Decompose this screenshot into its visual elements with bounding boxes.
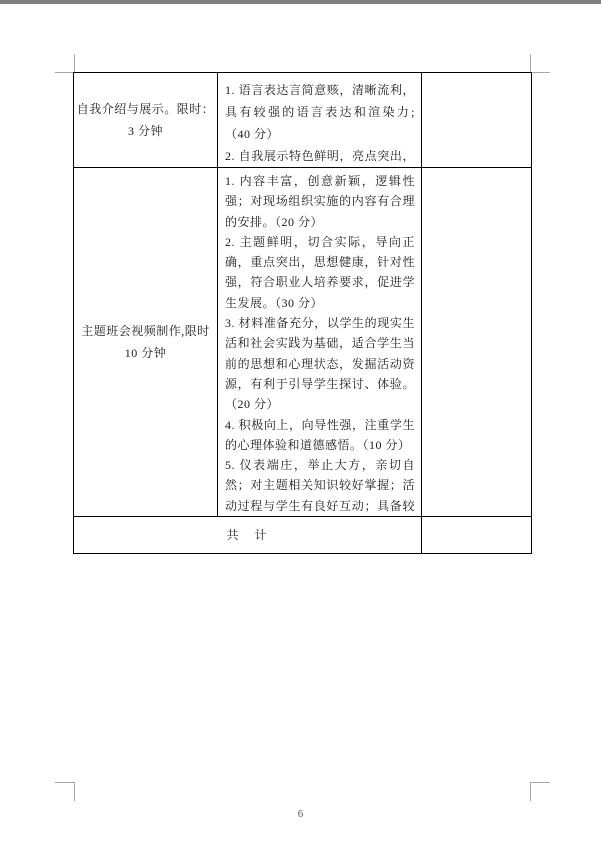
item-title-line: 自我介绍与展示。限时： <box>74 98 217 120</box>
text-boundary-mark-bottom-left-vertical <box>74 782 75 801</box>
text-boundary-mark-top-left-horizontal <box>55 72 75 73</box>
text-boundary-mark-bottom-right-vertical <box>530 782 531 801</box>
item-title-line: 主题班会视频制作,限时 <box>74 320 217 342</box>
total-score-cell-empty <box>422 517 532 554</box>
page-number: 6 <box>0 808 601 820</box>
text-boundary-mark-top-right-vertical <box>530 54 531 73</box>
score-cell-empty <box>422 73 532 168</box>
criteria-cell-class-meeting-video: 1. 内容丰富，创意新颖，逻辑性强；对现场组织实施的内容有合理的安排。（20 分… <box>218 168 422 517</box>
item-time-limit-line: 3 分钟 <box>74 120 217 142</box>
item-time-limit-line: 10 分钟 <box>74 342 217 364</box>
text-boundary-mark-bottom-right-horizontal <box>530 782 550 783</box>
table-row: 主题班会视频制作,限时 10 分钟 1. 内容丰富，创意新颖，逻辑性强；对现场组… <box>74 168 532 517</box>
page-top-edge <box>0 0 601 4</box>
text-boundary-mark-bottom-left-horizontal <box>55 782 75 783</box>
document-page: 自我介绍与展示。限时： 3 分钟 1. 语言表达言简意赅，清晰流利，具有较强的语… <box>0 0 601 851</box>
criteria-item: 1. 语言表达言简意赅，清晰流利，具有较强的语言表达和渲染力;（40 分） <box>225 79 415 145</box>
scoring-rubric-table: 自我介绍与展示。限时： 3 分钟 1. 语言表达言简意赅，清晰流利，具有较强的语… <box>73 72 532 554</box>
text-boundary-mark-top-left-vertical <box>74 54 75 73</box>
score-cell-empty <box>422 168 532 517</box>
table-row: 自我介绍与展示。限时： 3 分钟 1. 语言表达言简意赅，清晰流利，具有较强的语… <box>74 73 532 168</box>
criteria-cell-self-introduction: 1. 语言表达言简意赅，清晰流利，具有较强的语言表达和渲染力;（40 分） 2.… <box>218 73 422 168</box>
criteria-item: 1. 内容丰富，创意新颖，逻辑性强；对现场组织实施的内容有合理的安排。（20 分… <box>225 171 415 232</box>
criteria-list: 1. 内容丰富，创意新颖，逻辑性强；对现场组织实施的内容有合理的安排。（20 分… <box>218 168 421 516</box>
table-row-total: 共 计 <box>74 517 532 554</box>
criteria-item: 2. 自我展示特色鲜明，亮点突出，具有较好的精神风貌。（60 分） <box>225 145 415 167</box>
criteria-item: 4. 积极向上，向导性强，注重学生的心理体验和道德感悟。（10 分） <box>225 415 415 456</box>
item-cell-self-introduction: 自我介绍与展示。限时： 3 分钟 <box>74 73 218 168</box>
criteria-item: 5. 仪表端庄，举止大方，亲切自然；对主题相关知识较好掌握；活动过程与学生有良好… <box>225 455 415 516</box>
text-boundary-mark-top-right-horizontal <box>530 72 550 73</box>
total-label-cell: 共 计 <box>74 517 422 554</box>
item-cell-class-meeting-video: 主题班会视频制作,限时 10 分钟 <box>74 168 218 517</box>
criteria-item: 3. 材料准备充分，以学生的现实生活和社会实践为基础，适合学生当前的思想和心理状… <box>225 313 415 414</box>
criteria-item: 2. 主题鲜明，切合实际，导向正确，重点突出，思想健康，针对性强，符合职业人培养… <box>225 232 415 313</box>
criteria-list: 1. 语言表达言简意赅，清晰流利，具有较强的语言表达和渲染力;（40 分） 2.… <box>218 73 421 167</box>
